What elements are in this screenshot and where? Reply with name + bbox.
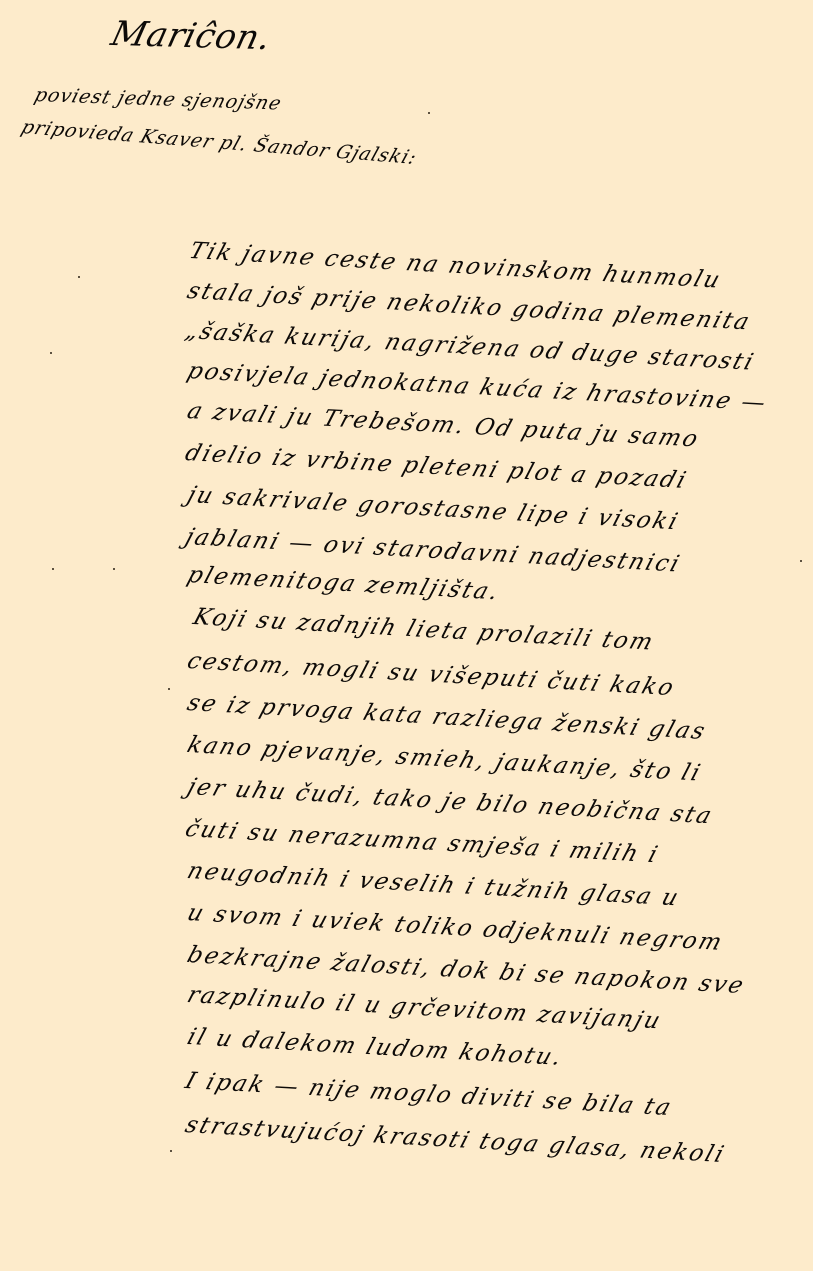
manuscript-line: čuti su nerazumna smješa i milih i	[182, 816, 662, 868]
ink-speck	[52, 568, 54, 570]
manuscript-line: il u dalekom ludom kohotu.	[184, 1024, 567, 1071]
ink-speck	[78, 276, 80, 278]
manuscript-line: plemenitoga zemljišta.	[184, 562, 503, 605]
ink-speck	[113, 568, 115, 570]
ink-speck	[50, 352, 52, 354]
manuscript-page: Mariĉon. poviest jedne sjenojšne pripovi…	[0, 0, 813, 1271]
subtitle-line-1: poviest jedne sjenojšne	[32, 84, 285, 114]
ink-speck	[800, 560, 802, 562]
ink-speck	[168, 688, 170, 690]
ink-speck	[170, 1150, 172, 1152]
manuscript-line: Koji su zadnjih lieta prolazili tom	[190, 604, 658, 655]
manuscript-line: I ipak — nije moglo diviti se bila ta	[182, 1068, 676, 1121]
subtitle-line-2: pripovieda Ksaver pl. Šandor Gjalski:	[18, 116, 420, 169]
ink-speck	[428, 112, 430, 114]
manuscript-title: Mariĉon.	[107, 14, 275, 58]
manuscript-line: strastvujućoj krasoti toga glasa, nekoli	[182, 1112, 729, 1168]
